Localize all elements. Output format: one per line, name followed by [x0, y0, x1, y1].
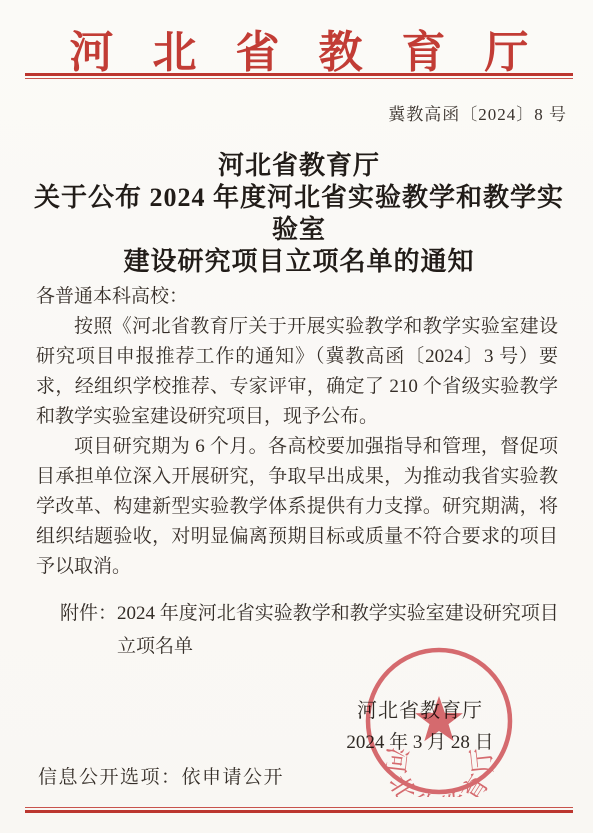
svg-text:河北省教育厅: 河北省教育厅 [380, 746, 498, 797]
disclosure-note: 信息公开选项：依申请公开 [38, 762, 284, 789]
notice-title-line3: 建设研究项目立项名单的通知 [25, 246, 573, 278]
notice-title: 河北省教育厅 关于公布 2024 年度河北省实验教学和教学实验室 建设研究项目立… [25, 150, 573, 278]
document-page: 河北省教育厅 冀教高函〔2024〕8 号 河北省教育厅 关于公布 2024 年度… [0, 0, 593, 833]
doc-number: 冀教高函〔2024〕8 号 [388, 100, 567, 125]
masthead-divider [25, 73, 573, 79]
body-paragraph-2: 项目研究期为 6 个月。各高校要加强指导和管理，督促项目承担单位深入开展研究，争… [36, 432, 558, 582]
notice-title-line2: 关于公布 2024 年度河北省实验教学和教学实验室 [25, 182, 573, 246]
body-paragraph-1: 按照《河北省教育厅关于开展实验教学和教学实验室建设研究项目申报推荐工作的通知》（… [36, 312, 558, 432]
footer-divider [25, 807, 573, 813]
attachment-title-line1: 2024 年度河北省实验教学和教学实验室建设研究项目 [117, 597, 560, 630]
seal-ring-text: 河北省教育厅 [380, 746, 498, 797]
seal-star-icon [415, 696, 463, 741]
masthead-agency-name: 河北省教育厅 [25, 16, 573, 80]
official-seal-icon: 河北省教育厅 [363, 645, 515, 797]
notice-title-line1: 河北省教育厅 [25, 150, 573, 182]
notice-body: 各普通本科高校： 按照《河北省教育厅关于开展实验教学和教学实验室建设研究项目申报… [36, 282, 558, 582]
attachment-label: 附件： [60, 597, 117, 630]
salutation: 各普通本科高校： [36, 282, 558, 312]
